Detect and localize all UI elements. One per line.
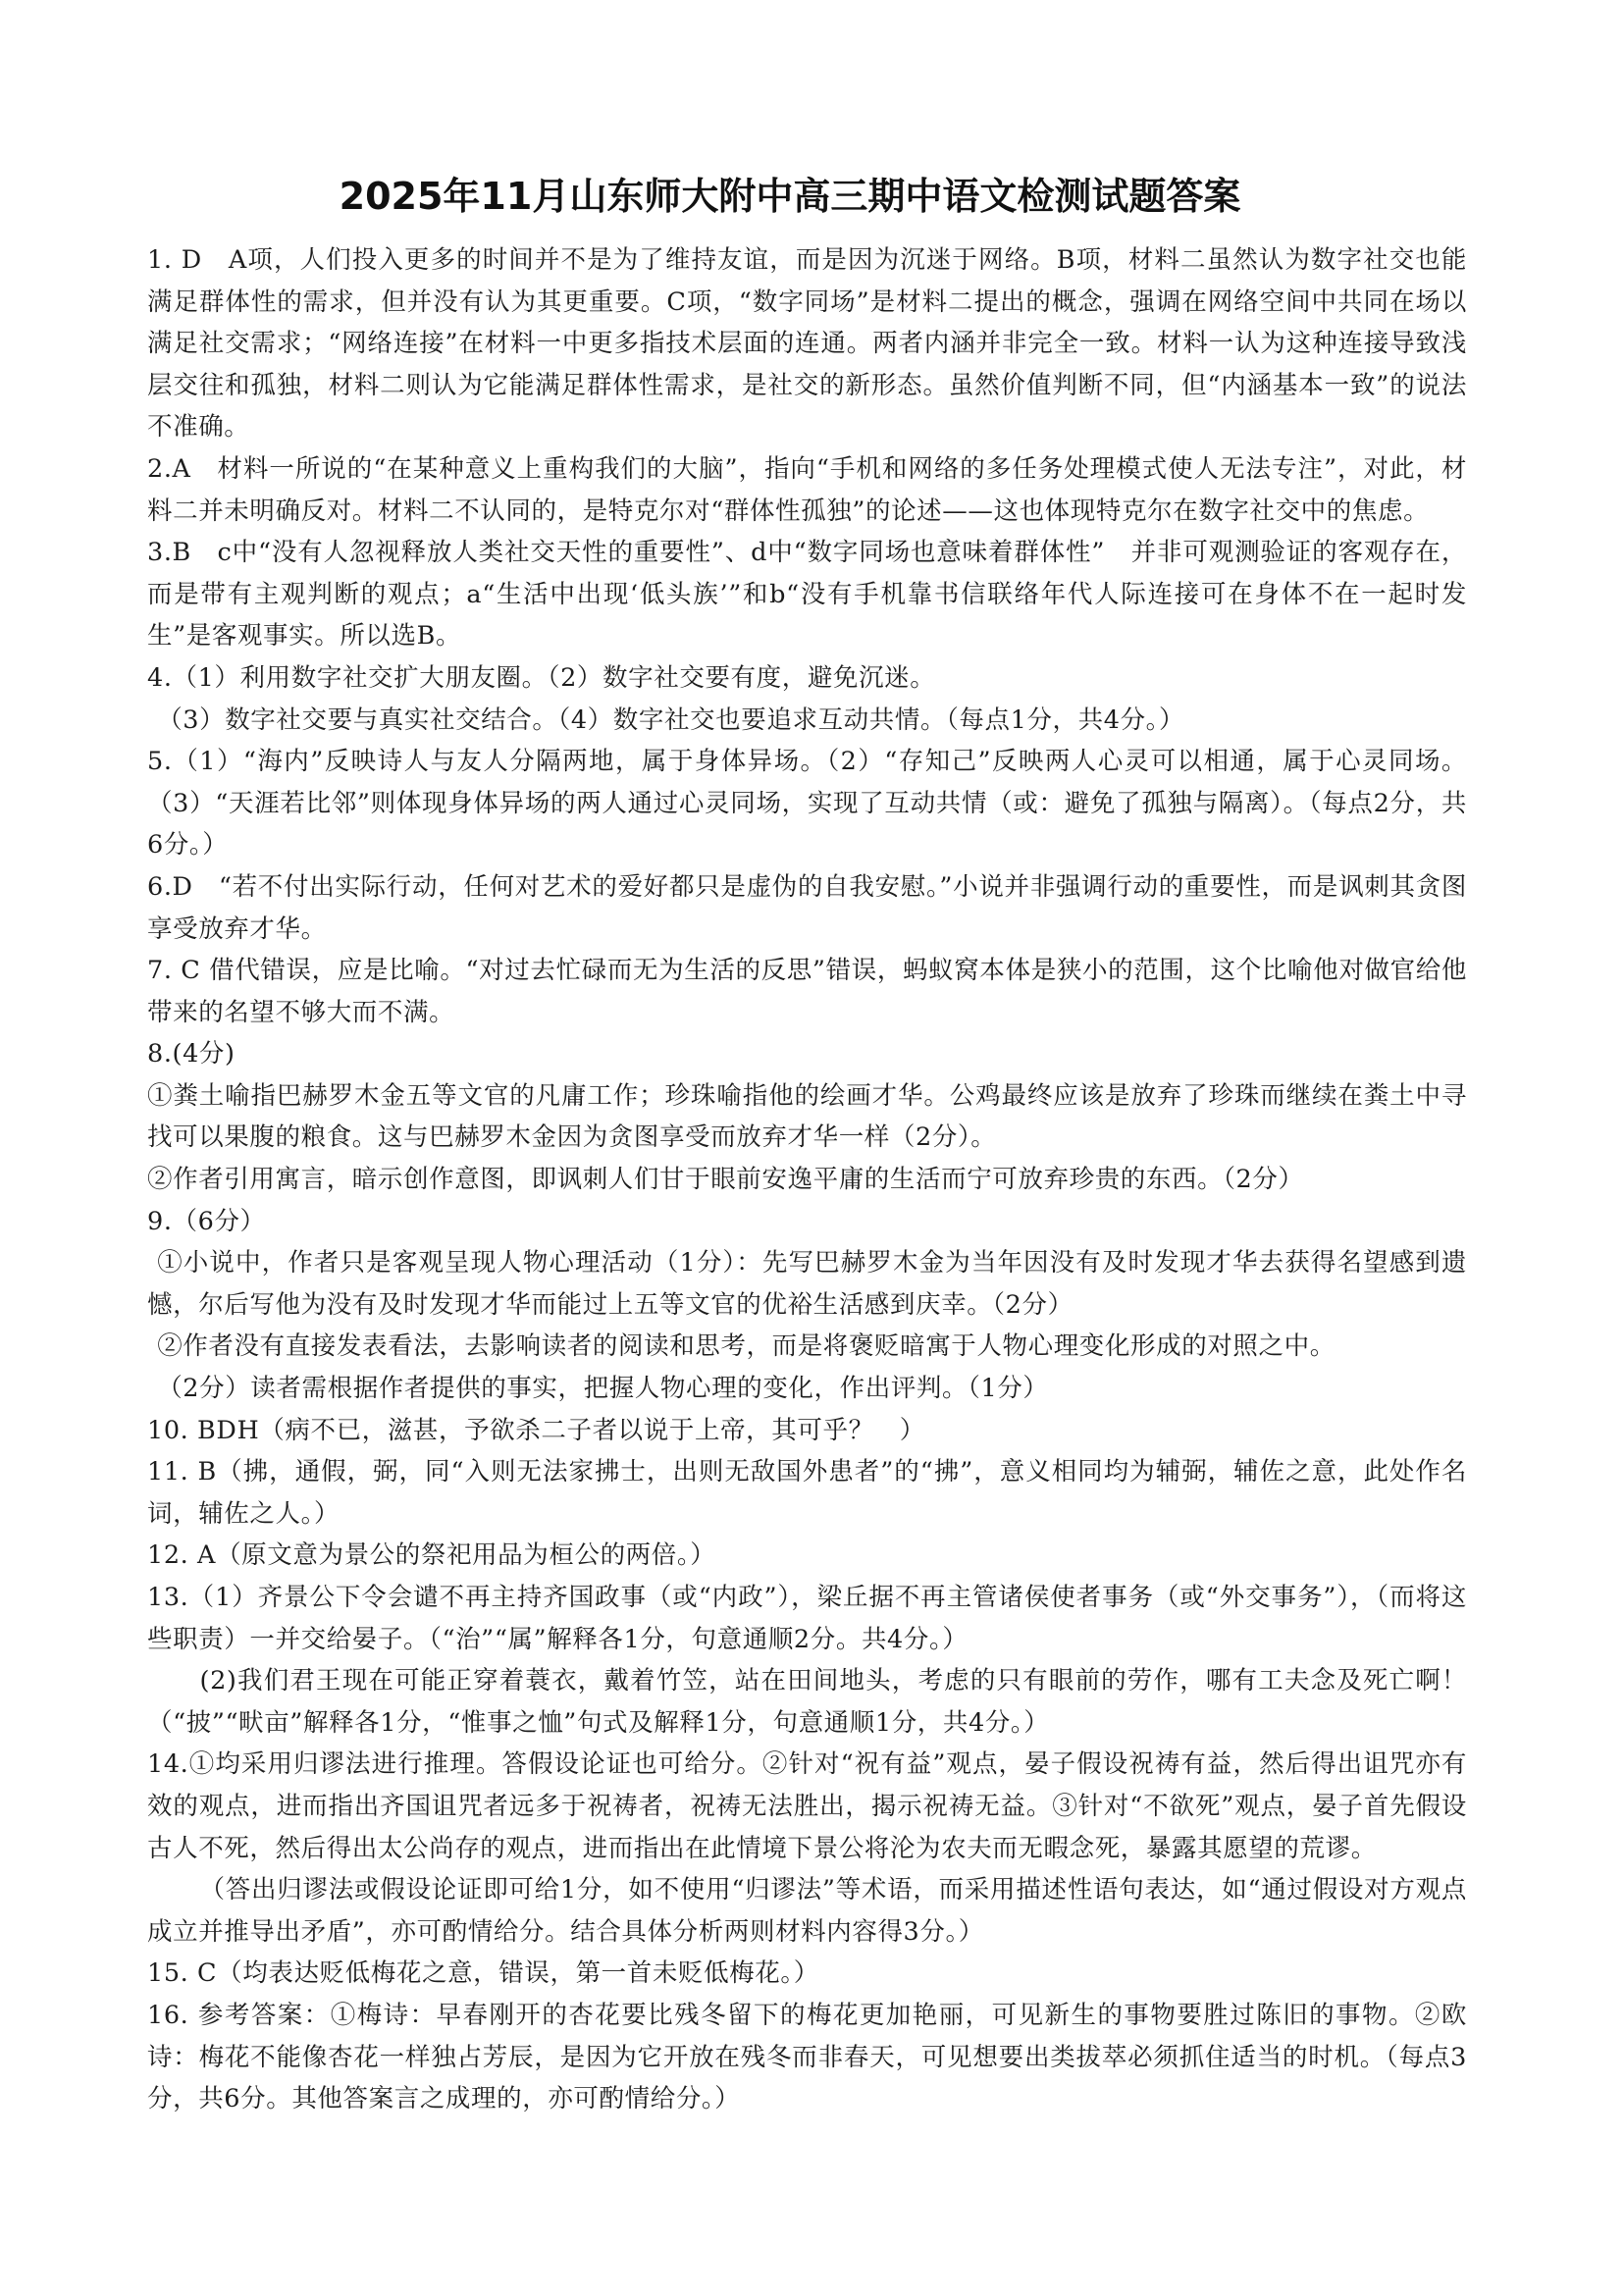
answer-q16: 16. 参考答案：①梅诗：早春刚开的杏花要比残冬留下的梅花更加艳丽，可见新生的事… <box>147 1995 1467 2120</box>
answer-q4-line1: 4.（1）利用数字社交扩大朋友圈。（2）数字社交要有度，避免沉迷。 <box>147 657 1467 700</box>
answer-q4-line2: （3）数字社交要与真实社交结合。（4）数字社交也要追求互动共情。（每点1分，共4… <box>147 700 1467 742</box>
answer-q7: 7. C 借代错误，应是比喻。“对过去忙碌而无为生活的反思”错误，蚂蚁窝本体是狭… <box>147 950 1467 1033</box>
answer-q13: 13.（1）齐景公下令会谴不再主持齐国政事（或“内政”），梁丘据不再主管诸侯使者… <box>147 1577 1467 1744</box>
answer-q8-header: 8.(4分) <box>147 1033 1467 1075</box>
answer-q9: 9.（6分） ①小说中，作者只是客观呈现人物心理活动（1分）：先写巴赫罗木金为当… <box>147 1201 1467 1410</box>
answer-q9-point2: ②作者没有直接发表看法，去影响读者的阅读和思考，而是将褒贬暗寓于人物心理变化形成… <box>147 1326 1467 1368</box>
answer-q3: 3.B c中“没有人忽视释放人类社交天性的重要性”、d中“数字同场也意味着群体性… <box>147 532 1467 657</box>
answer-body: 1. D A项，人们投入更多的时间并不是为了维持友谊，而是因为沉迷于网络。B项，… <box>147 239 1467 2120</box>
answer-q14: 14.①均采用归谬法进行推理。答假设论证也可给分。②针对“祝有益”观点，晏子假设… <box>147 1744 1467 1953</box>
answer-q6: 6.D “若不付出实际行动，任何对艺术的爱好都只是虚伪的自我安慰。”小说并非强调… <box>147 866 1467 950</box>
answer-q8: 8.(4分) ①粪土喻指巴赫罗木金五等文官的凡庸工作；珍珠喻指他的绘画才华。公鸡… <box>147 1033 1467 1200</box>
answer-q13-part1: 13.（1）齐景公下令会谴不再主持齐国政事（或“内政”），梁丘据不再主管诸侯使者… <box>147 1577 1467 1660</box>
answer-q2: 2.A 材料一所说的“在某种意义上重构我们的大脑”，指向“手机和网络的多任务处理… <box>147 448 1467 532</box>
answer-q8-point1: ①粪土喻指巴赫罗木金五等文官的凡庸工作；珍珠喻指他的绘画才华。公鸡最终应该是放弃… <box>147 1075 1467 1159</box>
answer-q9-point1: ①小说中，作者只是客观呈现人物心理活动（1分）：先写巴赫罗木金为当年因没有及时发… <box>147 1242 1467 1326</box>
document-title: 2025年11月山东师大附中高三期中语文检测试题答案 <box>0 169 1580 224</box>
answer-q11: 11. B（拂，通假，弼，同“入则无法家拂士，出则无敌国外患者”的“拂”，意义相… <box>147 1451 1467 1535</box>
answer-q9-point2-continued: （2分）读者需根据作者提供的事实，把握人物心理的变化，作出评判。（1分） <box>147 1368 1467 1410</box>
answer-q10: 10. BDH（病不已，滋甚，予欲杀二子者以说于上帝，其可乎？ ） <box>147 1410 1467 1452</box>
document-page: 2025年11月山东师大附中高三期中语文检测试题答案 1. D A项，人们投入更… <box>0 0 1624 2295</box>
answer-q5: 5.（1）“海内”反映诗人与友人分隔两地，属于身体异场。（2）“存知己”反映两人… <box>147 741 1467 866</box>
answer-q8-point2: ②作者引用寓言，暗示创作意图，即讽刺人们甘于眼前安逸平庸的生活而宁可放弃珍贵的东… <box>147 1159 1467 1201</box>
answer-q12: 12. A（原文意为景公的祭祀用品为桓公的两倍。） <box>147 1535 1467 1577</box>
answer-q9-header: 9.（6分） <box>147 1201 1467 1243</box>
answer-q14-text: 14.①均采用归谬法进行推理。答假设论证也可给分。②针对“祝有益”观点，晏子假设… <box>147 1744 1467 1869</box>
answer-q14-scoring-note: （答出归谬法或假设论证即可给1分，如不使用“归谬法”等术语，而采用描述性语句表达… <box>147 1869 1467 1953</box>
answer-q4: 4.（1）利用数字社交扩大朋友圈。（2）数字社交要有度，避免沉迷。 （3）数字社… <box>147 657 1467 741</box>
answer-q15: 15. C（均表达贬低梅花之意，错误，第一首未贬低梅花。） <box>147 1953 1467 1995</box>
answer-q13-part2: (2)我们君王现在可能正穿着蓑衣，戴着竹笠，站在田间地头，考虑的只有眼前的劳作，… <box>147 1660 1467 1744</box>
answer-q1: 1. D A项，人们投入更多的时间并不是为了维持友谊，而是因为沉迷于网络。B项，… <box>147 239 1467 448</box>
